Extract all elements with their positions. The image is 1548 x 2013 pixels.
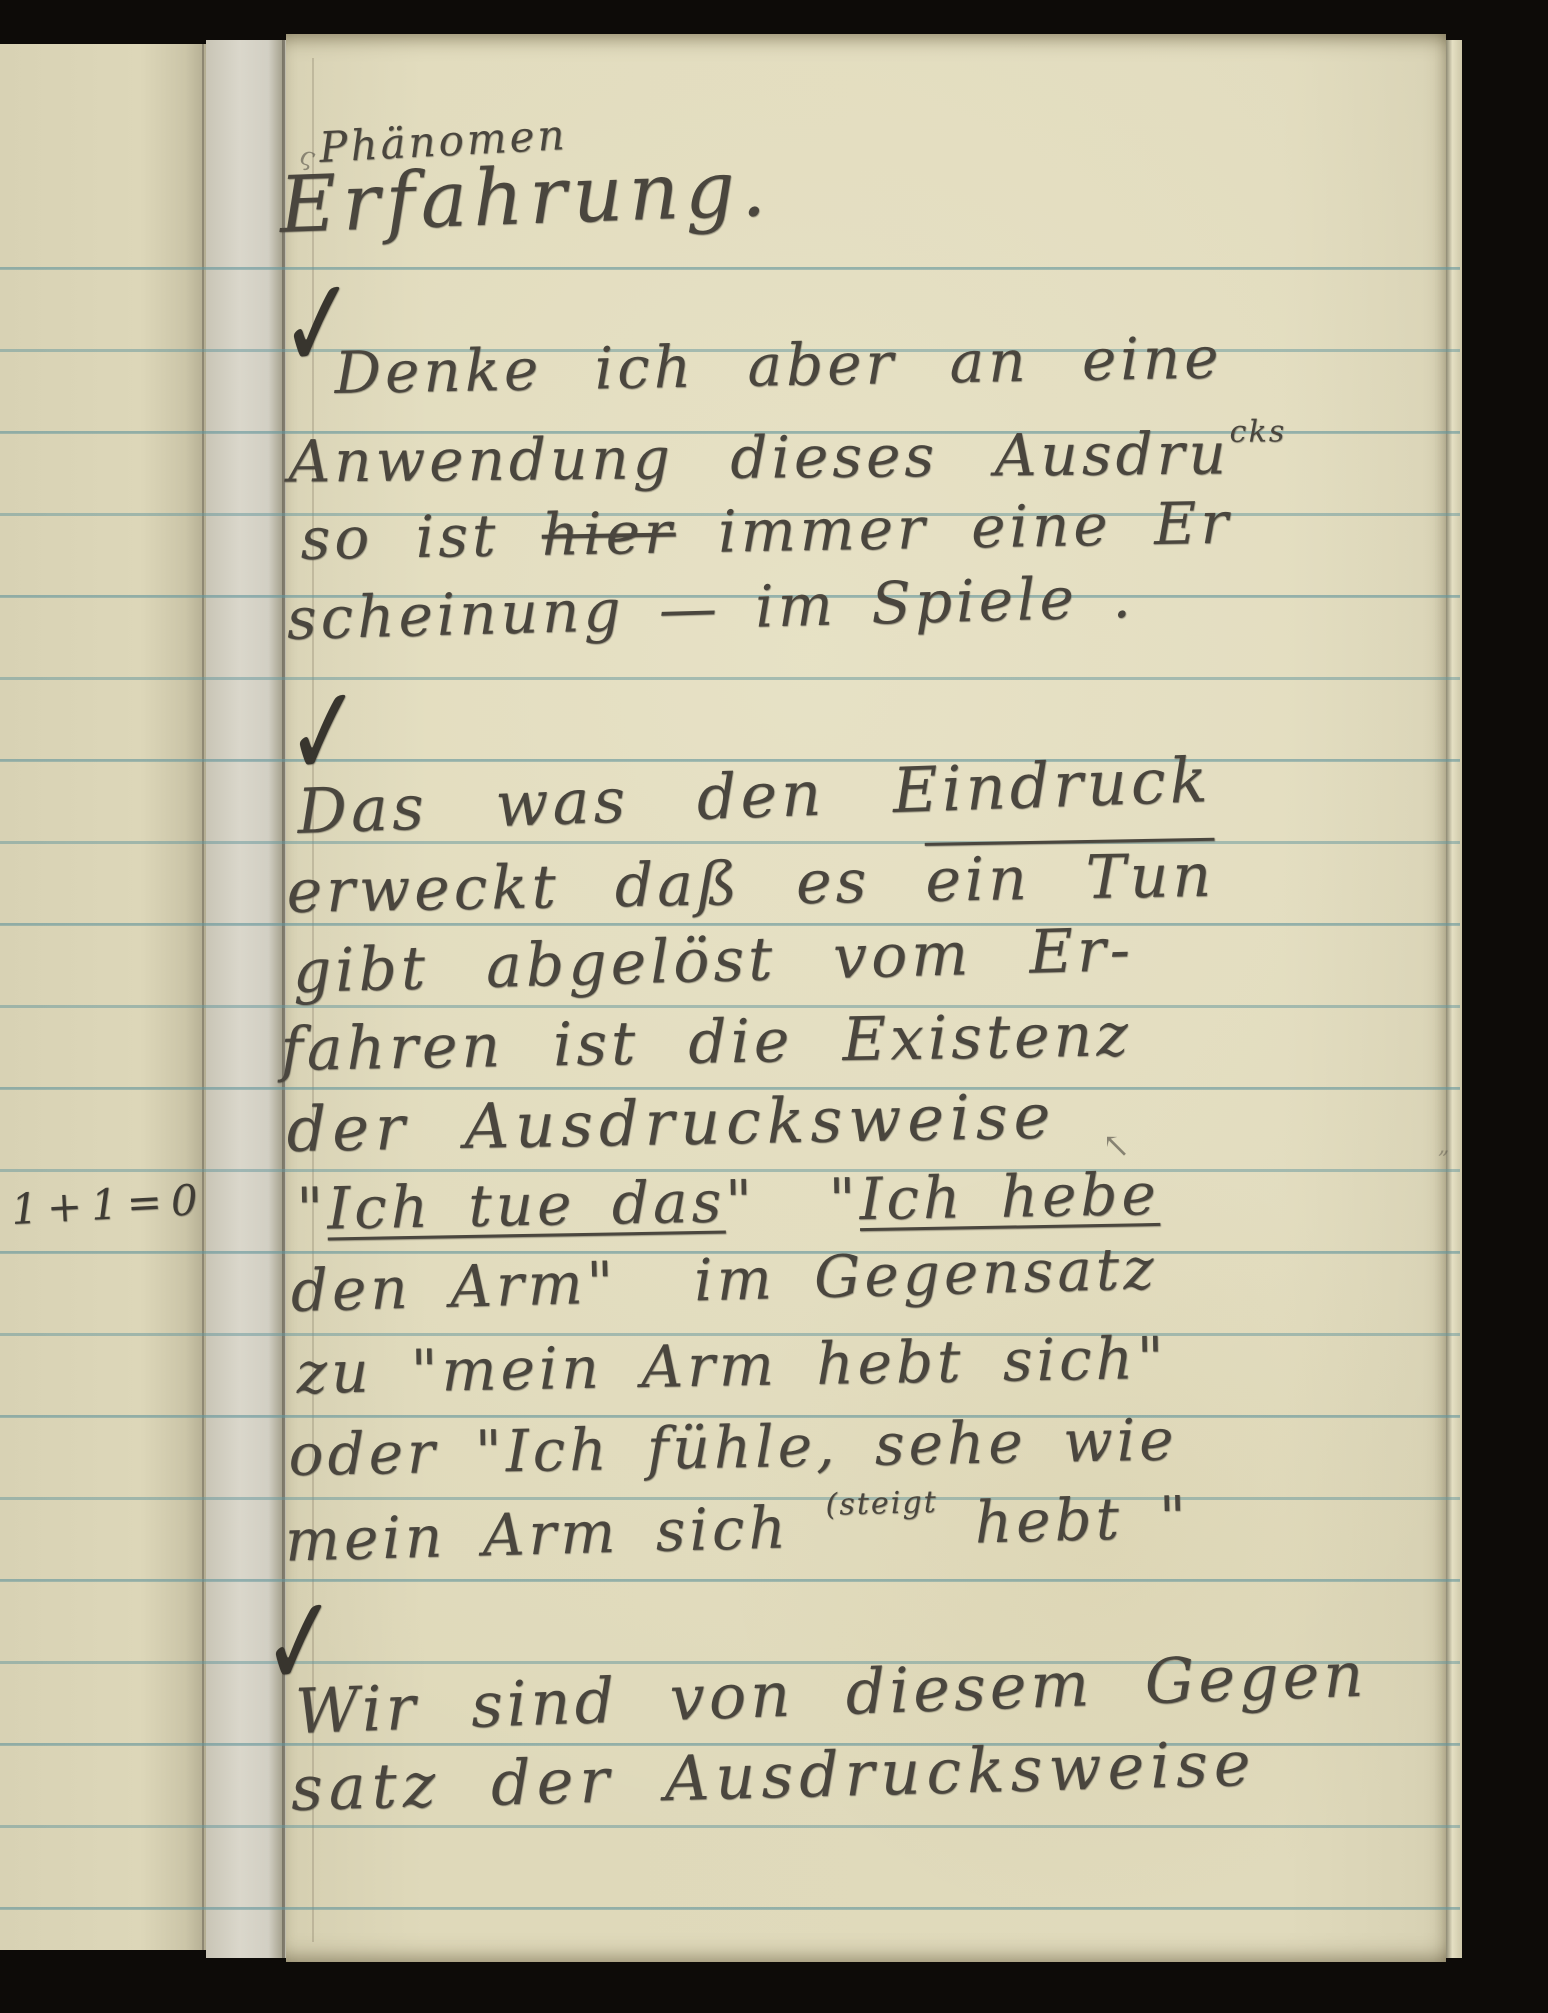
header-line-2: Erfahrung. — [278, 145, 773, 252]
checkmark: ✓ — [282, 657, 366, 808]
handwritten-segment: " " — [725, 1165, 860, 1235]
page-seam — [202, 44, 204, 1950]
margin-note: 1+1=0 — [10, 1176, 208, 1234]
stray-mark: ↖ — [1102, 1126, 1131, 1166]
checkmark: ✓ — [258, 1567, 342, 1718]
handwritten-segment: der Ausdrucksweise — [286, 1080, 1057, 1166]
page-edge-strip — [1446, 40, 1462, 1958]
handwritten-line: der Ausdrucksweise — [286, 1081, 1057, 1166]
handwritten-segment: Anwendung dieses Ausdru — [288, 419, 1230, 495]
handwritten-segment: erweckt daß es — [286, 846, 926, 927]
handwritten-segment: Ich tue das — [327, 1168, 726, 1243]
handwritten-segment: " — [296, 1174, 328, 1243]
left-page-edge — [0, 44, 206, 1950]
checkmark: ✓ — [276, 249, 360, 400]
notebook-photo: 1+1=0 Phänomen Erfahrung. Denke ich aber… — [0, 0, 1548, 2013]
handwritten-segment: fahren ist die Existenz — [280, 1000, 1132, 1085]
handwritten-segment: ein Tun — [925, 841, 1216, 916]
handwritten-segment: hebt " — [937, 1483, 1190, 1558]
handwritten-segment: (steigt — [825, 1485, 938, 1523]
stray-mark: „ — [1438, 1134, 1449, 1159]
handwritten-segment: immer eine Er — [675, 489, 1233, 567]
handwritten-line: Anwendung dieses Ausdrucks — [288, 415, 1287, 495]
handwritten-segment: mein Arm sich — [284, 1492, 827, 1574]
handwritten-segment: Ich hebe — [859, 1160, 1160, 1233]
handwritten-segment: hier — [541, 498, 676, 568]
handwritten-segment: so ist — [300, 501, 542, 573]
handwritten-segment: cks — [1229, 414, 1286, 449]
